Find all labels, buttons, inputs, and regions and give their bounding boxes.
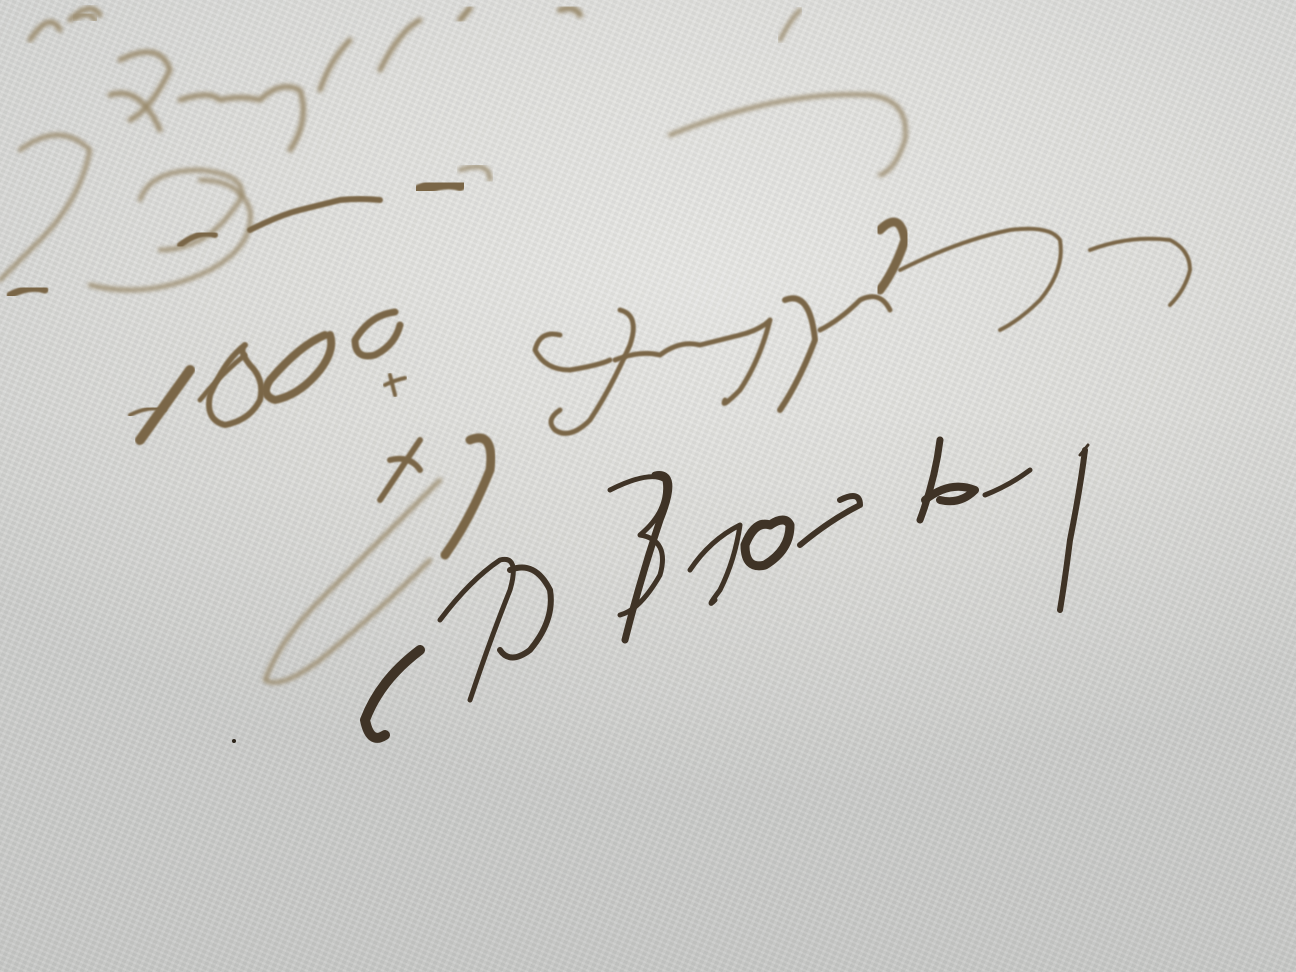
amount-strokes	[130, 222, 1190, 440]
top-line-strokes	[30, 8, 906, 175]
dus-strokes	[0, 135, 490, 295]
signature-strokes	[232, 438, 1088, 743]
handwriting-strokes	[0, 0, 1296, 972]
paper-photo: 1800 4 drijzh Drijzh Dus N Brock Close-u…	[0, 0, 1296, 972]
